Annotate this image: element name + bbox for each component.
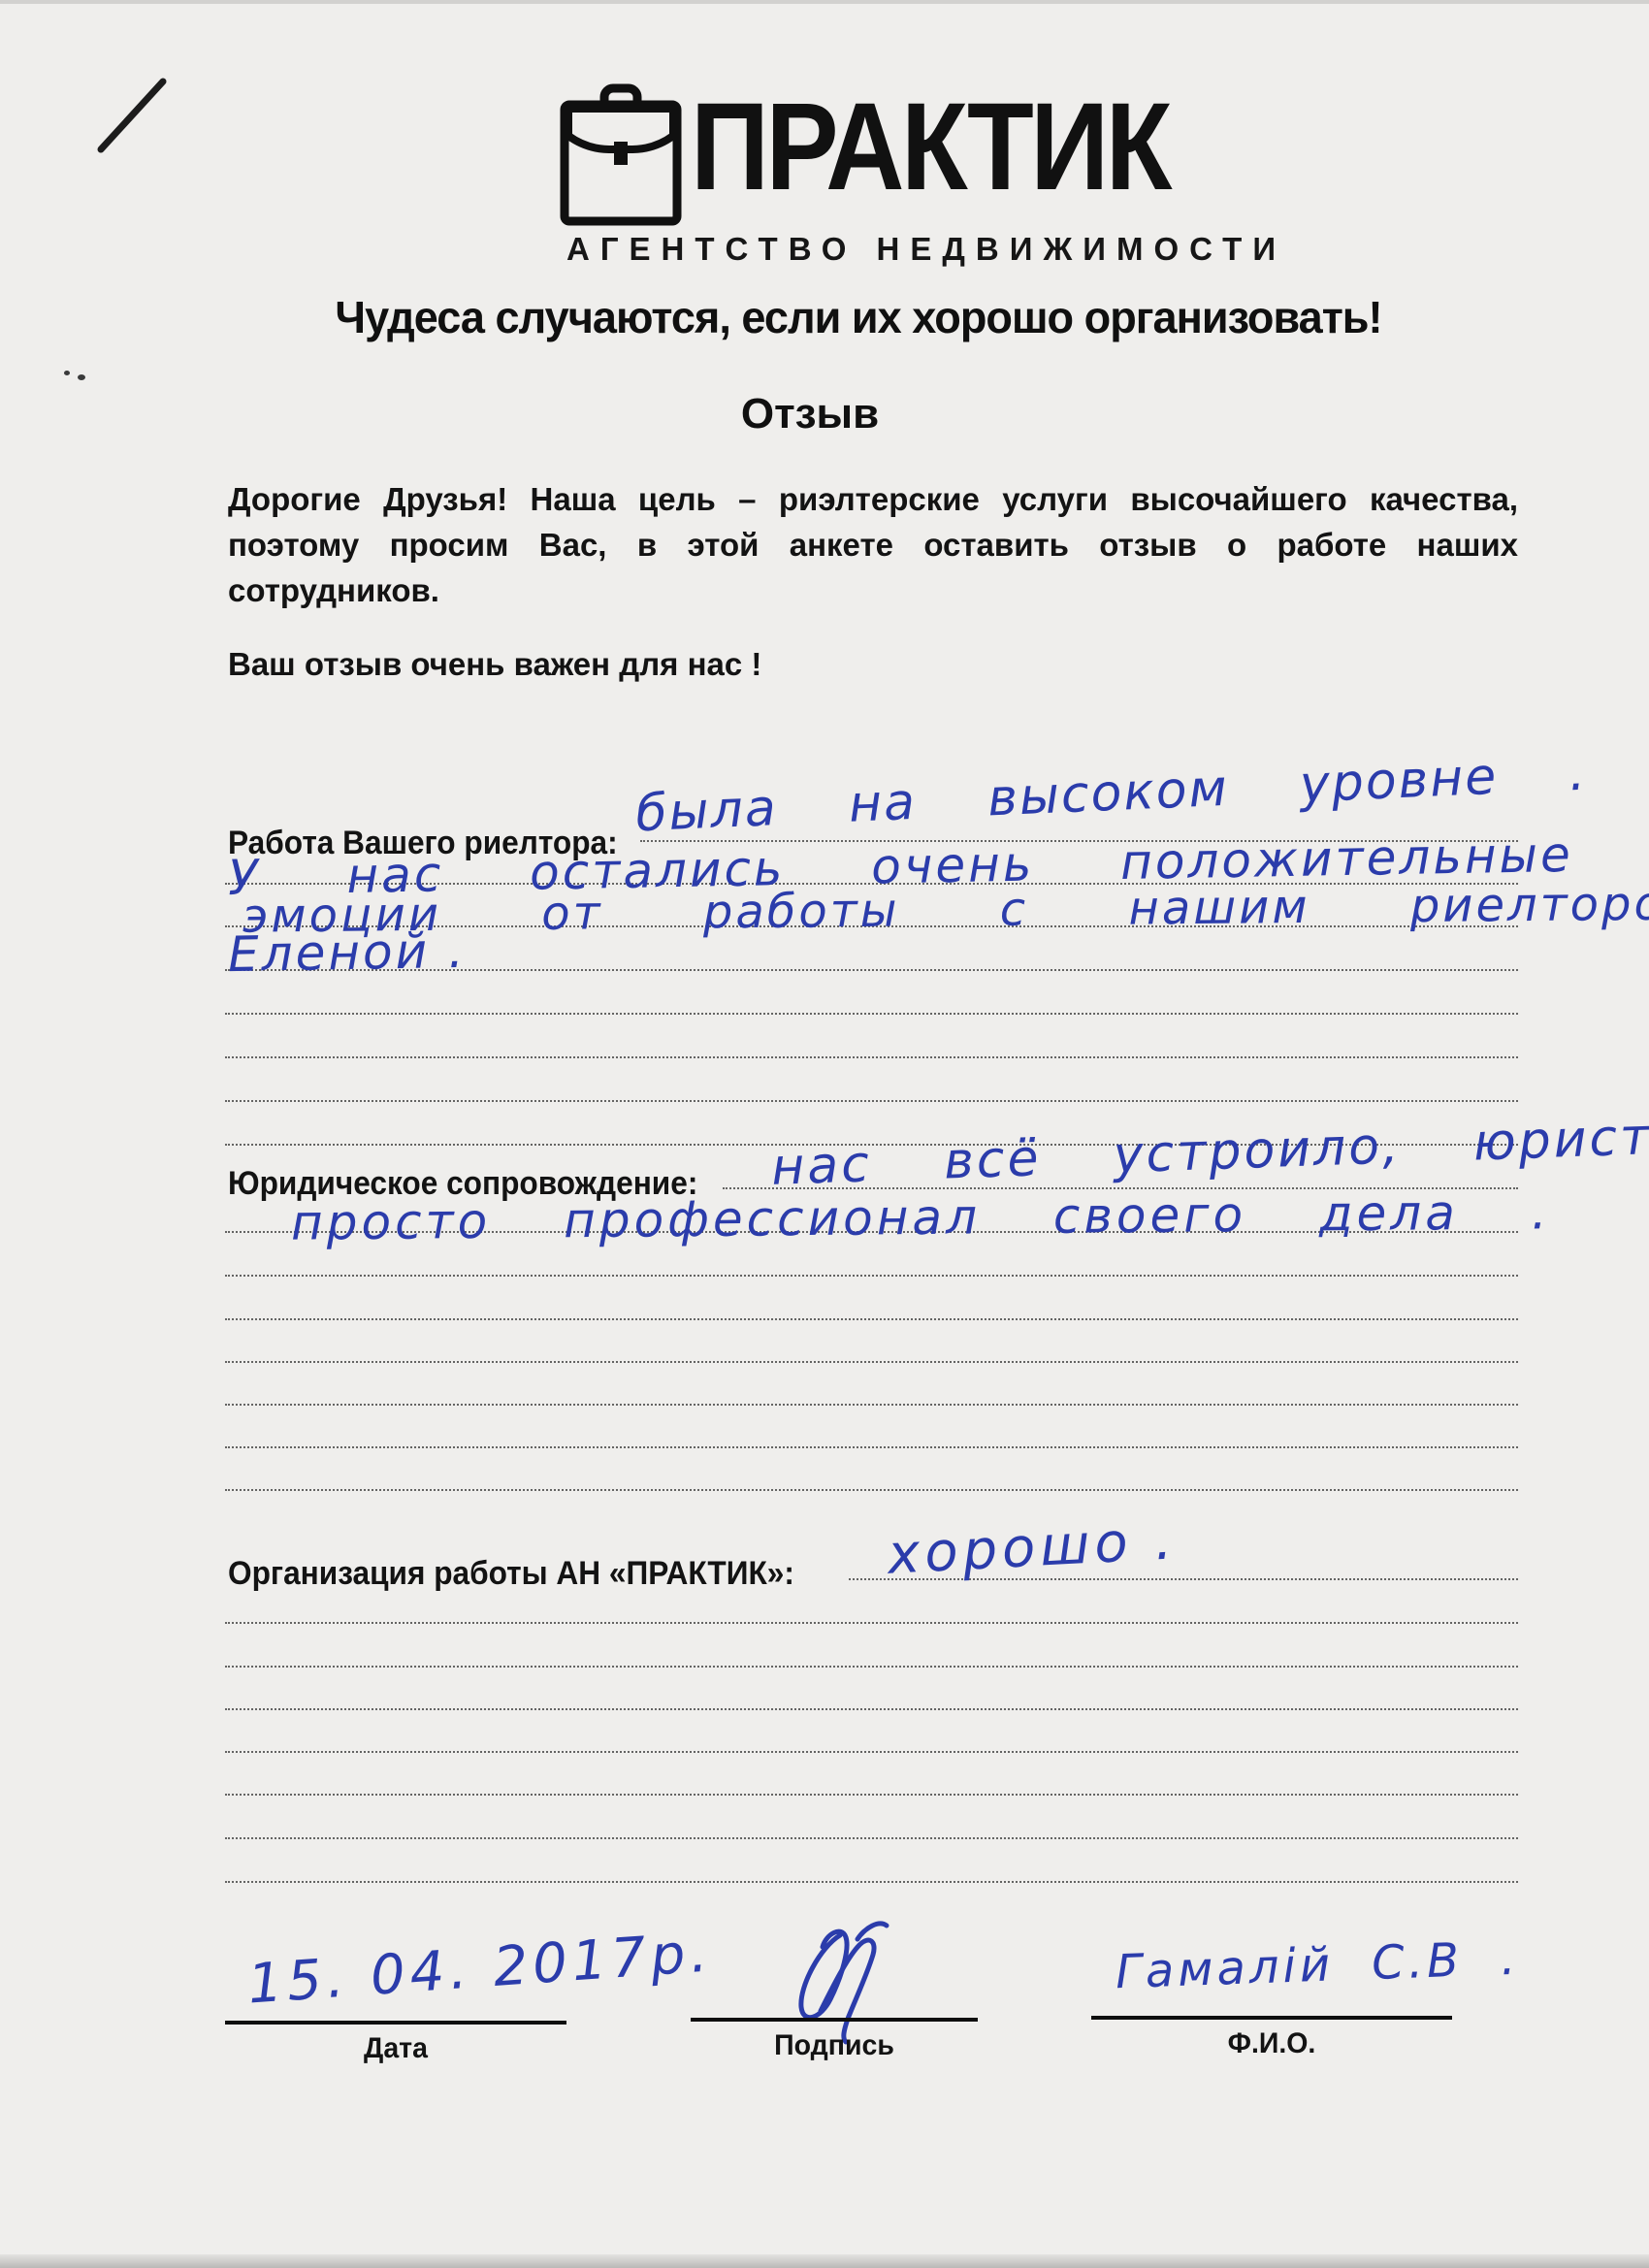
form-title: Отзыв <box>0 390 1634 438</box>
answer-dotted-line <box>225 1404 1518 1406</box>
briefcase-icon <box>559 83 683 227</box>
name-line <box>1091 2016 1452 2020</box>
scan-edge-artifact <box>0 0 1649 4</box>
name-label: Ф.И.О. <box>1100 2027 1442 2060</box>
answer-dotted-line <box>225 1666 1518 1668</box>
handwritten-date: 15. 04. 2017р. <box>246 1926 714 2012</box>
handwritten-answer: нас всё устроило, юрист <box>770 1112 1649 1193</box>
answer-dotted-line <box>225 1622 1518 1624</box>
answer-dotted-line <box>225 1794 1518 1796</box>
handwritten-name: Гамалій С.В . <box>1115 1935 1520 1996</box>
answer-dotted-line <box>225 1056 1518 1058</box>
scan-edge-artifact <box>0 2254 1649 2268</box>
intro-line-2: поэтому просим Вас, в этой анкете остави… <box>228 527 1518 564</box>
answer-dotted-line <box>225 1881 1518 1883</box>
signature-line <box>691 2018 978 2022</box>
logo-name: ПРАКТИК <box>691 85 1169 210</box>
handwritten-answer: хорошо . <box>887 1513 1179 1583</box>
answer-dotted-line <box>225 1751 1518 1753</box>
field-label-organization: Организация работы АН «ПРАКТИК»: <box>228 1555 794 1593</box>
scanned-feedback-form: ПРАКТИК АГЕНТСТВО НЕДВИЖИМОСТИ Чудеса сл… <box>0 0 1649 2268</box>
scan-speck <box>64 371 70 375</box>
answer-dotted-line <box>225 1446 1518 1448</box>
intro-note: Ваш отзыв очень важен для нас ! <box>228 646 761 683</box>
handwritten-answer: была на высоком уровне . <box>634 748 1588 840</box>
headline: Чудеса случаются, если их хорошо организ… <box>50 291 1649 343</box>
intro-line-1: Дорогие Друзья! Наша цель – риэлтерские … <box>228 481 1518 518</box>
answer-dotted-line <box>225 1489 1518 1491</box>
scan-speck <box>78 374 85 380</box>
pen-slash-mark <box>87 68 184 165</box>
answer-dotted-line <box>225 1708 1518 1710</box>
handwritten-answer: Еленой . <box>228 926 468 979</box>
answer-dotted-line <box>225 1013 1518 1015</box>
date-label: Дата <box>234 2032 558 2065</box>
answer-dotted-line <box>225 1361 1518 1363</box>
answer-dotted-line <box>225 1837 1518 1839</box>
intro-line-3: сотрудников. <box>228 572 1518 609</box>
handwritten-answer: просто профессионал своего дела . <box>291 1187 1551 1247</box>
answer-dotted-line <box>225 1100 1518 1102</box>
answer-dotted-line <box>225 1318 1518 1320</box>
answer-dotted-line <box>225 1275 1518 1277</box>
date-line <box>225 2021 566 2025</box>
logo-tagline: АГЕНТСТВО НЕДВИЖИМОСТИ <box>566 231 1286 268</box>
signature-label: Подпись <box>697 2029 970 2062</box>
